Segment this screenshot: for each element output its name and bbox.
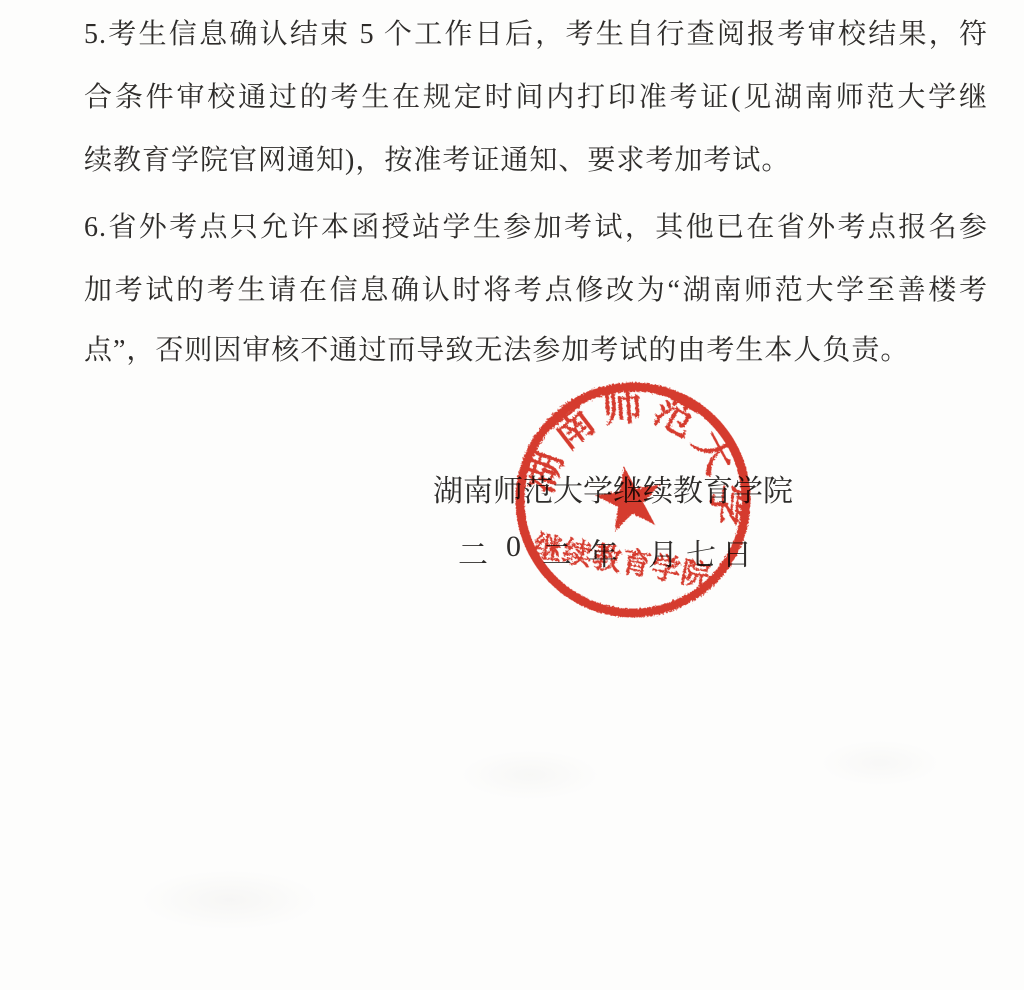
red-star-icon (591, 460, 668, 534)
scan-smudge (820, 740, 940, 786)
official-seal: 湖南师范大学 继续教育学院 (493, 360, 773, 640)
paragraph6-line1: 6.省外考点只允许本函授站学生参加考试，其他已在省外考点报名参 (84, 211, 988, 245)
paragraph5-line3: 续教育学院官网通知)，按准考证通知、要求考加考试。 (84, 144, 988, 178)
scan-smudge (140, 870, 320, 930)
scan-smudge (460, 750, 600, 800)
paragraph5-line2: 合条件审校通过的考生在规定时间内打印准考证(见湖南师范大学继 (84, 81, 988, 115)
paragraph5-line1: 5.考生信息确认结束 5 个工作日后，考生自行查阅报考审校结果，符 (84, 18, 988, 52)
date-char: 二 (458, 530, 488, 574)
paragraph6-line2: 加考试的考生请在信息确认时将考点修改为“湖南师范大学至善楼考 (84, 274, 988, 308)
scanned-document-page: 5.考生信息确认结束 5 个工作日后，考生自行查阅报考审校结果，符 合条件审校通… (0, 0, 1024, 990)
